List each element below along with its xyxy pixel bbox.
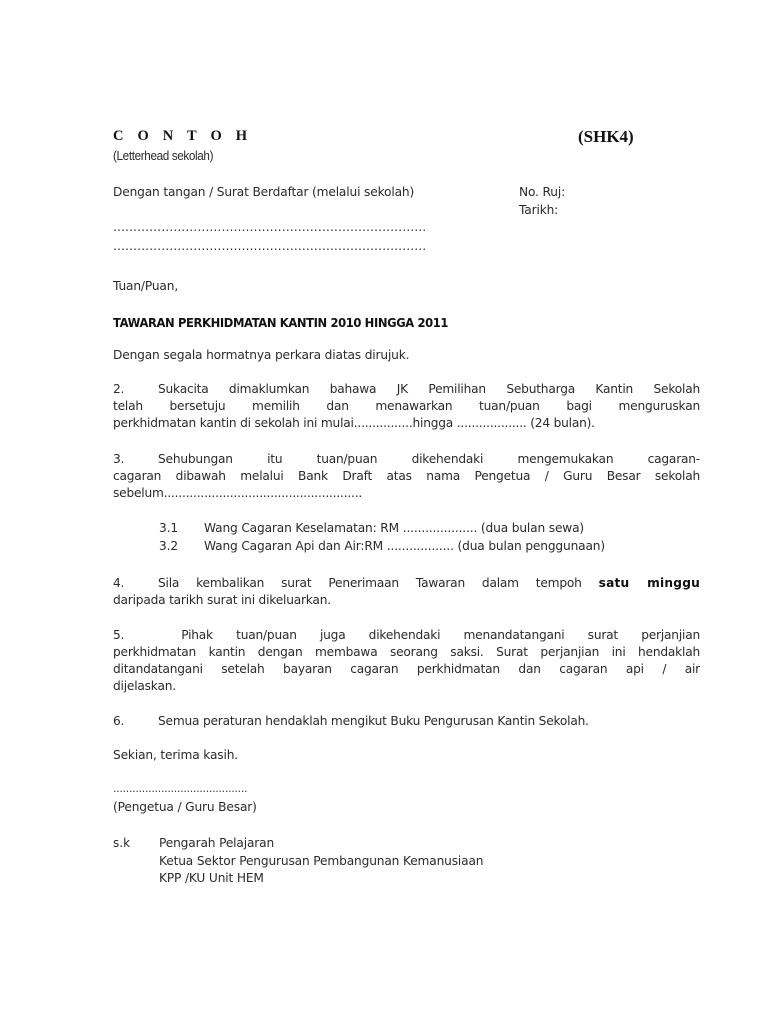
subitem-3-1: 3.1Wang Cagaran Keselamatan: RM ........… (159, 521, 584, 535)
paragraph-6: 6.Semua peraturan hendaklah mengikut Buk… (113, 713, 700, 730)
form-code: (SHK4) (578, 127, 634, 147)
address-line-2: …………………………………………………………………… (113, 239, 426, 253)
paragraph-4: 4.Sila kembalikan surat Penerimaan Tawar… (113, 575, 700, 609)
subitem-number: 3.2 (159, 539, 204, 553)
subitem-text: Wang Cagaran Keselamatan: RM ...........… (204, 521, 584, 535)
subitem-text: Wang Cagaran Api dan Air:RM ............… (204, 539, 605, 553)
paragraph-5-line-2: perkhidmatan kantin dengan membawa seora… (113, 644, 700, 661)
paragraph-2: 2.Sukacita dimaklumkan bahawa JK Pemilih… (113, 381, 700, 432)
deadline-emphasis: satu minggu (599, 576, 700, 590)
paragraph-5-line-3: ditandatangani setelah bayaran cagaran p… (113, 661, 700, 678)
delivery-method: Dengan tangan / Surat Berdaftar (melalui… (113, 185, 414, 199)
paragraph-number: 5. (113, 627, 158, 644)
cc-recipient-3: KPP /KU Unit HEM (159, 871, 264, 885)
paragraph-6-line-1: 6.Semua peraturan hendaklah mengikut Buk… (113, 713, 700, 730)
paragraph-number: 4. (113, 575, 158, 592)
address-line-1: …………………………………………………………………… (113, 220, 426, 234)
paragraph-2-line-1: 2.Sukacita dimaklumkan bahawa JK Pemilih… (113, 381, 700, 398)
paragraph-number: 3. (113, 451, 158, 468)
paragraph-3-line-2: cagaran dibawah melalui Bank Draft atas … (113, 468, 700, 485)
paragraph-4-line-2: daripada tarikh surat ini dikeluarkan. (113, 592, 700, 609)
date-label: Tarikh: (519, 203, 558, 217)
sample-label: C O N T O H (113, 128, 252, 145)
paragraph-2-line-3: perkhidmatan kantin di sekolah ini mulai… (113, 415, 700, 432)
subitem-number: 3.1 (159, 521, 204, 535)
closing-line: Sekian, terima kasih. (113, 748, 238, 762)
paragraph-3-line-3: sebelum.................................… (113, 485, 700, 502)
paragraph-2-line-2: telah bersetuju memilih dan menawarkan t… (113, 398, 700, 415)
salutation: Tuan/Puan, (113, 279, 178, 293)
letterhead-note: (Letterhead sekolah) (113, 148, 213, 163)
paragraph-3-line-1: 3.Sehubungan itu tuan/puan dikehendaki m… (113, 451, 700, 468)
cc-recipient-2: Ketua Sektor Pengurusan Pembangunan Kema… (159, 854, 483, 868)
opening-line: Dengan segala hormatnya perkara diatas d… (113, 348, 409, 362)
paragraph-5-line-4: dijelaskan. (113, 678, 700, 695)
subitem-3-2: 3.2Wang Cagaran Api dan Air:RM .........… (159, 539, 605, 553)
paragraph-5-line-1: 5. Pihak tuan/puan juga dikehendaki mena… (113, 627, 700, 644)
signatory-title: (Pengetua / Guru Besar) (113, 800, 257, 814)
cc-recipient-1: Pengarah Pelajaran (159, 836, 274, 850)
letter-page: C O N T O H (SHK4) (Letterhead sekolah) … (0, 0, 768, 1024)
paragraph-number: 2. (113, 381, 158, 398)
reference-number-label: No. Ruj: (519, 185, 565, 199)
paragraph-3: 3.Sehubungan itu tuan/puan dikehendaki m… (113, 451, 700, 502)
signature-line: ........................................… (113, 782, 247, 795)
paragraph-number: 6. (113, 713, 158, 730)
letter-title: TAWARAN PERKHIDMATAN KANTIN 2010 HINGGA … (113, 315, 448, 330)
paragraph-5: 5. Pihak tuan/puan juga dikehendaki mena… (113, 627, 700, 695)
cc-label: s.k (113, 836, 130, 850)
paragraph-4-line-1: 4.Sila kembalikan surat Penerimaan Tawar… (113, 575, 700, 592)
